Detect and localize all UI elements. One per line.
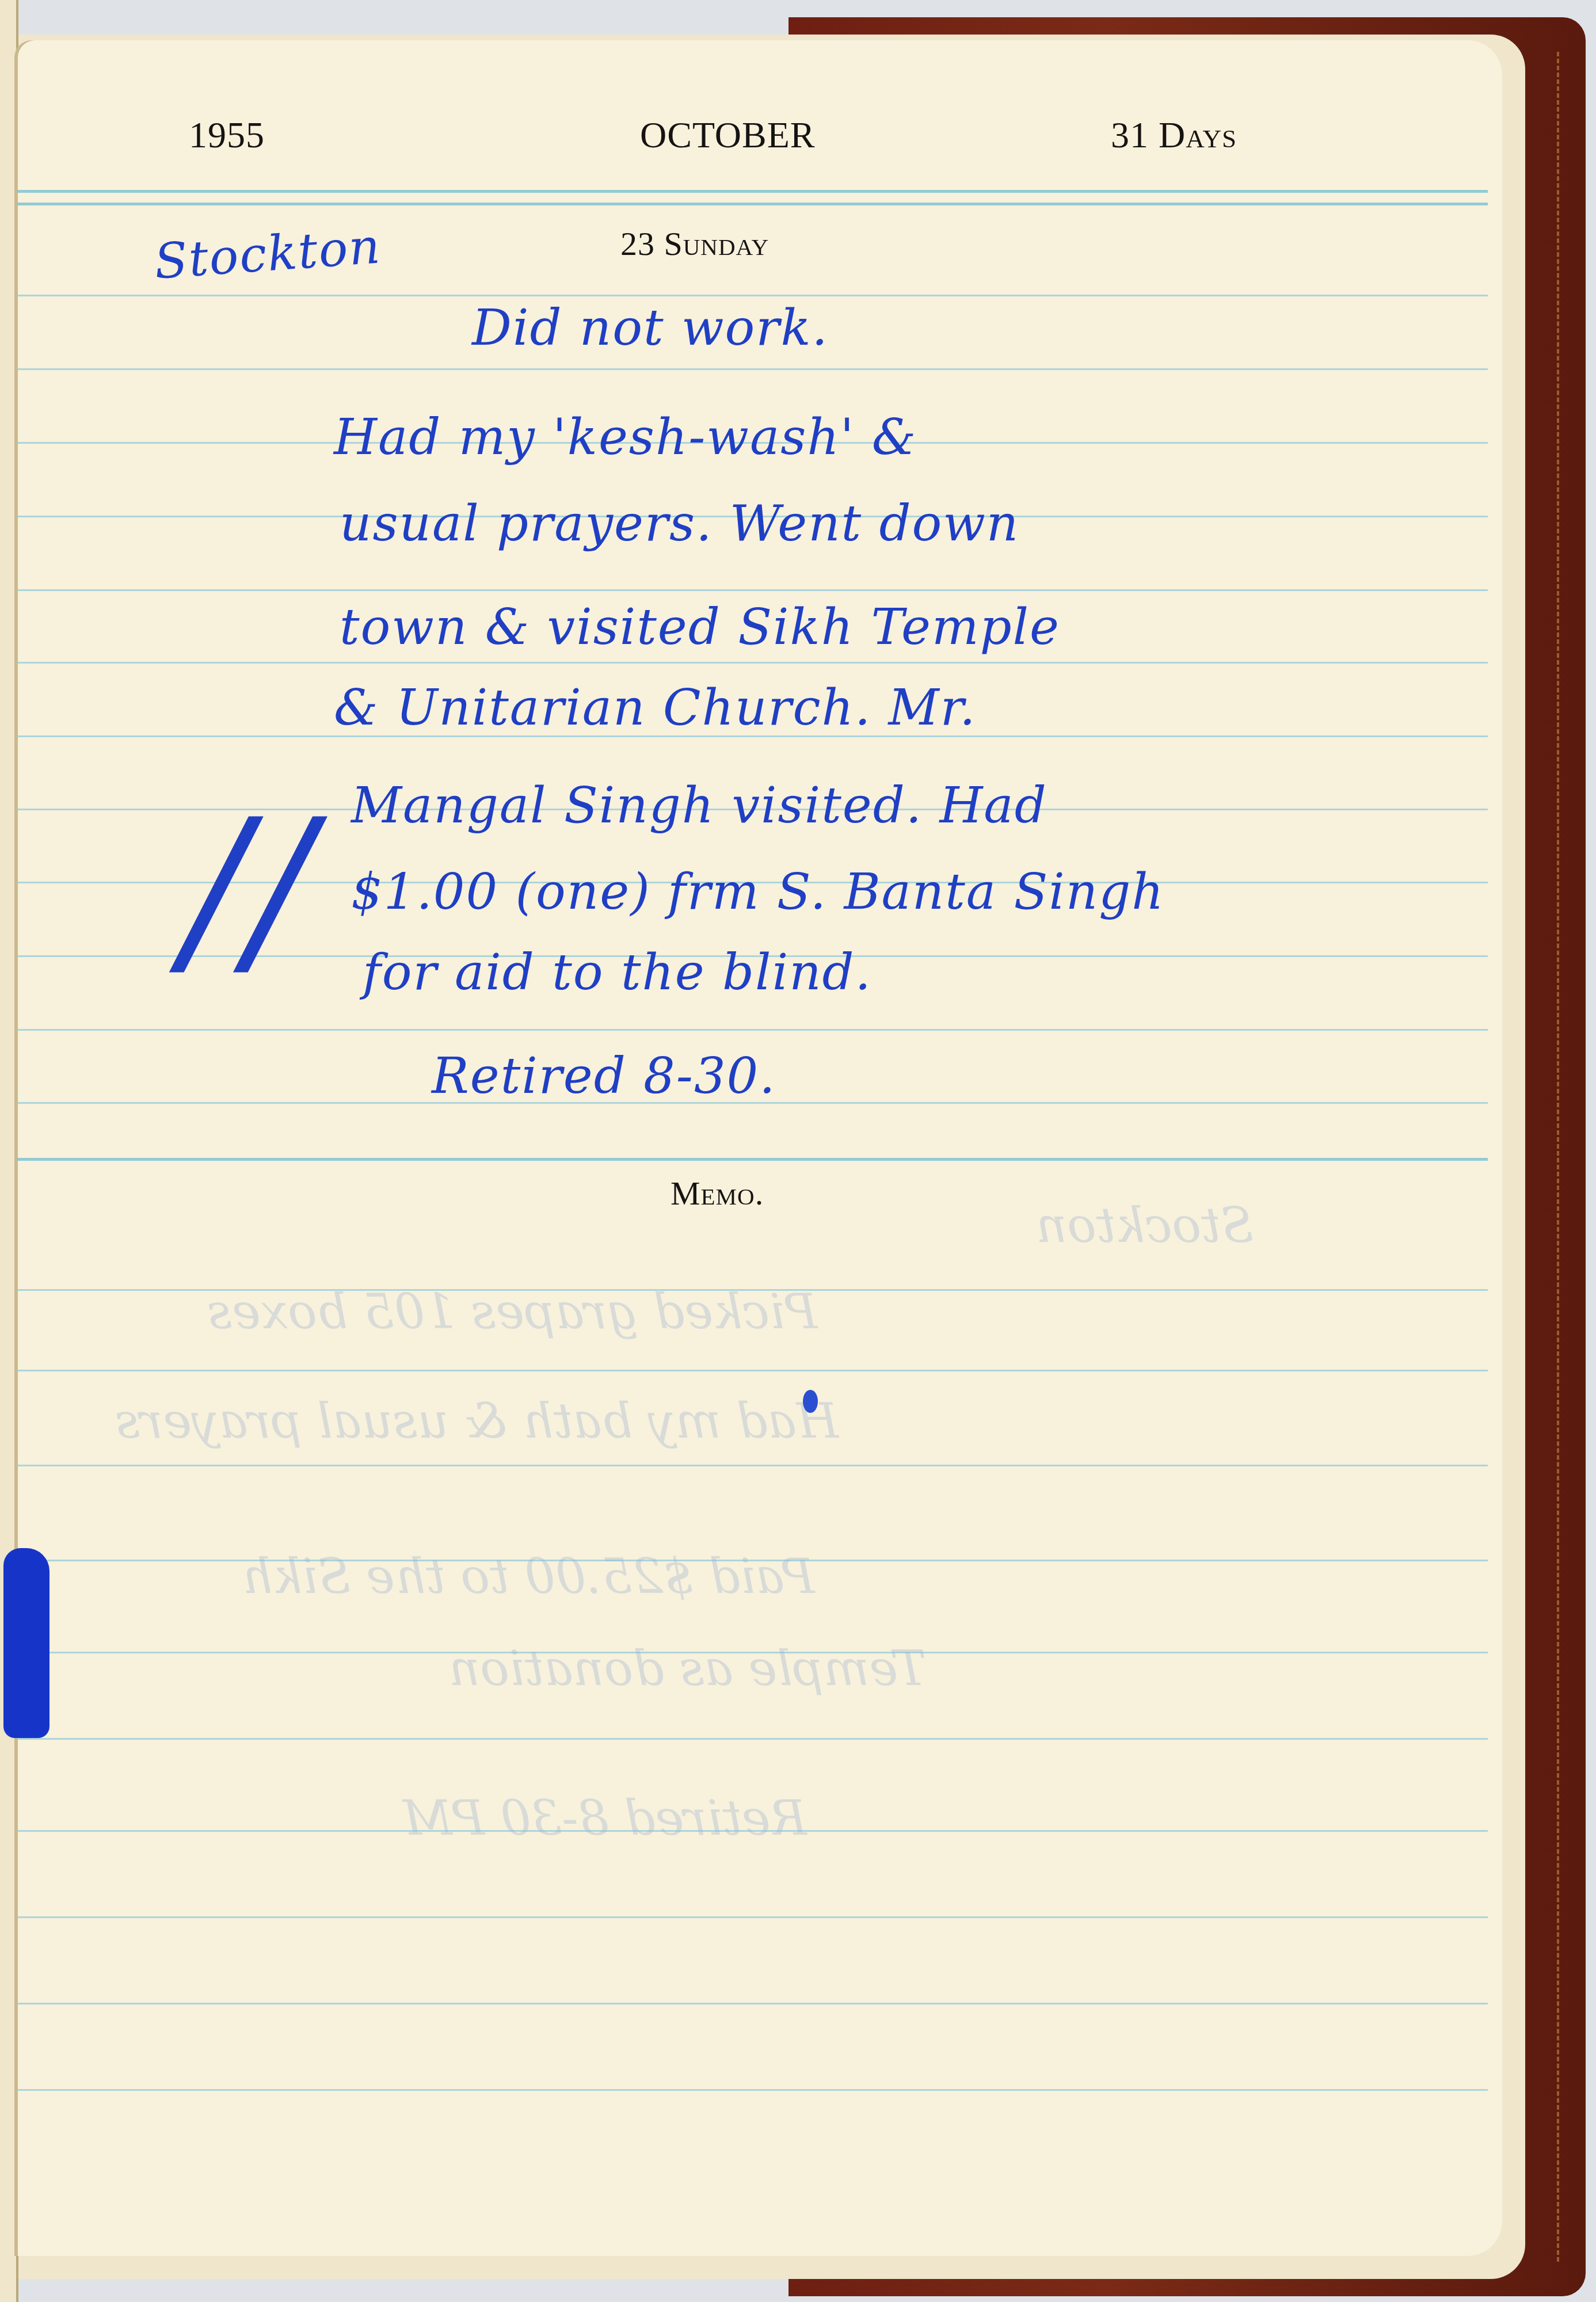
cover-stitching <box>1557 52 1563 2262</box>
ruled-line <box>17 1738 1488 1740</box>
diary-page <box>14 40 1502 2256</box>
entry-line-9: Retired 8-30. <box>432 1047 776 1105</box>
bleed-through-line: Picked grapes 105 boxes <box>207 1283 817 1340</box>
ruled-line <box>17 368 1488 370</box>
header-month: OCTOBER <box>640 114 816 157</box>
bleed-through-line: Had my bath & usual prayers <box>115 1393 839 1449</box>
header-double-rule-top <box>17 190 1488 193</box>
header-year: 1955 <box>189 114 265 157</box>
bleed-through-line: Retired 8-30 PM <box>403 1790 807 1846</box>
ink-blot <box>3 1548 49 1738</box>
ruled-line <box>17 1370 1488 1371</box>
ruled-line <box>17 662 1488 664</box>
ruled-line <box>17 295 1488 296</box>
header-days: 31 Days <box>1111 114 1237 157</box>
ruled-line <box>17 1465 1488 1466</box>
entry-date-label: 23 Sunday <box>620 224 769 263</box>
entry-line-3: usual prayers. Went down <box>340 495 1019 552</box>
entry-line-6: Mangal Singh visited. Had <box>351 777 1048 834</box>
memo-label: Memo. <box>671 1174 764 1213</box>
bleed-through-line: Stockton <box>1036 1197 1254 1253</box>
memo-divider-rule <box>17 1158 1488 1161</box>
ruled-line <box>17 589 1488 591</box>
ruled-line <box>17 1916 1488 1918</box>
margin-double-slash-mark: // <box>184 794 312 984</box>
ruled-line <box>17 1029 1488 1031</box>
ruled-line <box>17 2003 1488 2004</box>
entry-line-8: for aid to the blind. <box>363 944 872 1001</box>
bleed-through-line: Paid $25.00 to the Sikh <box>242 1548 815 1604</box>
ruled-line <box>17 2089 1488 2091</box>
entry-line-2: Had my 'kesh-wash' & <box>334 409 917 466</box>
entry-line-7: $1.00 (one) frm S. Banta Singh <box>351 863 1165 921</box>
entry-line-5: & Unitarian Church. Mr. <box>334 679 977 737</box>
header-double-rule-bottom <box>17 203 1488 205</box>
entry-line-4: town & visited Sikh Temple <box>340 599 1060 656</box>
entry-line-1: Did not work. <box>472 299 829 357</box>
ink-dot <box>803 1390 818 1413</box>
bleed-through-line: Temple as donation <box>449 1640 927 1697</box>
